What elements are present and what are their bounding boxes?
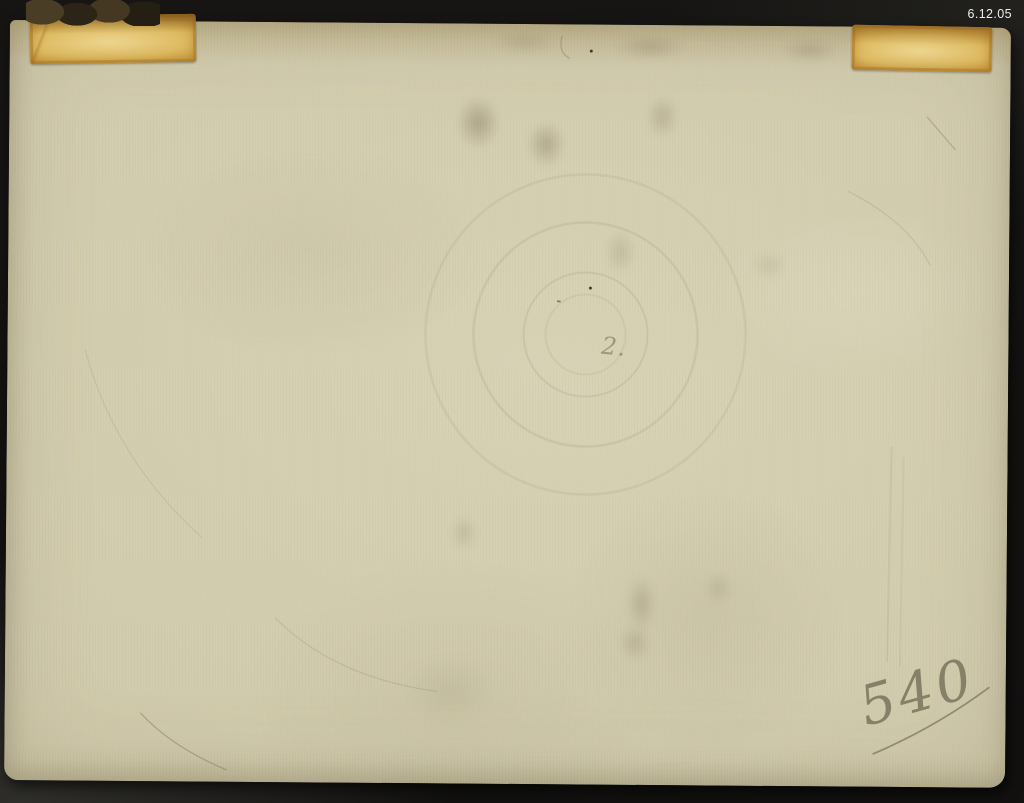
crease-line <box>84 351 203 538</box>
crease-striation <box>887 447 892 662</box>
pencil-mark-2: 2. <box>600 332 627 362</box>
crease-striation <box>900 457 904 667</box>
frame-date-label: 6.12.05 <box>967 7 1012 21</box>
pencil-arc <box>140 713 226 770</box>
impression-rings <box>424 173 747 496</box>
crease-line <box>848 192 931 266</box>
tape-top-right <box>852 25 993 73</box>
photograph-verso-paper: 2. 540 <box>4 20 1011 788</box>
crease-line <box>927 117 955 149</box>
pencil-and-crease-marks <box>4 20 1011 788</box>
scan-background: 2. 540 6.12.05 <box>0 0 1024 803</box>
scratch-mark <box>561 36 570 58</box>
pencil-arc-faint <box>275 618 438 691</box>
tape-residue-dark <box>26 0 160 26</box>
